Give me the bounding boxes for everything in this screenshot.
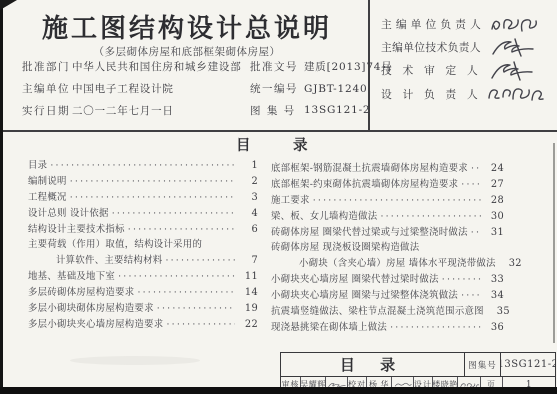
handwritten-signature-icon (485, 59, 541, 83)
scan-edge-bottom (0, 387, 557, 394)
toc-entry-title: 结构设计主要技术指标 (28, 221, 125, 235)
toc-dot-leader (313, 195, 481, 206)
toc-entry-page-number: 30 (484, 211, 504, 222)
scan-corner-top-left (0, 0, 17, 10)
meta-row: 批准部门 中华人民共和国住房和城乡建设部 批准文号 建质[2013]74号 (22, 56, 362, 78)
meta-label: 批准部门 (22, 59, 72, 74)
toc-entry-page-number: 4 (238, 208, 258, 219)
toc-entry-page-number: 34 (484, 290, 504, 301)
toc-entry-page-number: 27 (484, 179, 504, 190)
meta-value-2: 13SG121-2 (304, 104, 370, 116)
toc-entry-page-number: 3 (238, 192, 258, 203)
toc-entry: 多层小砌块砌体房屋构造要求 19 (28, 300, 258, 316)
toc-entry-page-number: 28 (484, 195, 504, 206)
toc-entry-title: 工程概况 (28, 189, 67, 203)
toc-entry-page-number: 14 (238, 287, 258, 298)
atlas-number-label: 图集号 (465, 353, 501, 376)
toc-entry-page-number: 2 (238, 176, 258, 187)
toc-entry: 目录 1 (28, 157, 258, 173)
signatory-label: 技 术 审 定 人 (381, 63, 478, 78)
toc-dot-leader (165, 255, 235, 266)
toc-entry-title: 梁、板、女儿墙构造做法 (271, 208, 377, 222)
atlas-number-value: 13SG121-2 (501, 353, 555, 376)
toc-entry-title: 多层小砌块砌体房屋构造要求 (28, 300, 154, 314)
toc-dot-leader (118, 271, 235, 282)
toc-entry-title: 现浇悬挑梁在砌体墙上做法 (271, 319, 387, 333)
toc-entry: 梁、板、女儿墙构造做法 30 (271, 208, 504, 224)
meta-label-2: 图 集 号 (250, 103, 304, 118)
toc-entry: 多层小砌块夹心墙房屋构造要求 22 (28, 316, 258, 332)
handwritten-signature-icon (485, 13, 541, 37)
meta-value-2: GJBT-1240 (304, 83, 367, 95)
header-vertical-divider (368, 0, 370, 131)
signatory-label: 主 编 单 位 负 责 人 (381, 17, 478, 32)
toc-entry-page-number: 33 (484, 274, 504, 285)
toc-entry: 主要荷载（作用）取值，结构设计采用的 (28, 236, 258, 252)
toc-entry: 抗震墙竖缝做法、梁柱节点混凝土浇筑范围示意图 35 (271, 303, 504, 319)
handwritten-signature-icon (485, 82, 547, 106)
header-horizontal-divider (0, 130, 557, 132)
signatory-row: 技 术 审 定 人 (381, 59, 553, 82)
toc-entry: 现浇悬挑梁在砌体墙上做法 36 (271, 319, 504, 335)
signatory-label: 主编单位技术负责人 (381, 40, 478, 55)
toc-dot-leader (461, 179, 481, 190)
toc-entry-page-number: 32 (502, 258, 522, 269)
signatory-box: 主 编 单 位 负 责 人 主编单位技术负责人 技 术 审 定 人 设 计 负 … (381, 13, 553, 106)
toc-dot-leader (50, 160, 235, 171)
toc-entry: 多层砖砌体房屋构造要求 14 (28, 284, 258, 300)
toc-dot-leader (461, 290, 481, 301)
meta-value: 中华人民共和国住房和城乡建设部 (72, 59, 250, 74)
toc-entry-page-number: 36 (484, 322, 504, 333)
toc-entry-page-number: 6 (238, 224, 258, 235)
meta-value: 中国电子工程设计院 (72, 81, 250, 96)
scan-edge-right (553, 143, 555, 343)
scan-edge-left (0, 0, 3, 394)
toc-entry-page-number: 22 (238, 319, 258, 330)
toc-column-right: 底部框架-钢筋混凝土抗震墙砌体房屋构造要求 24 底部框架-约束砌体抗震墙砌体房… (271, 160, 504, 335)
meta-value-2: 建质[2013]74号 (304, 59, 393, 74)
signatory-row: 设 计 负 责 人 (381, 83, 553, 106)
toc-entry-title: 设计总则 设计依据 (28, 205, 109, 219)
toc-entry: 施工要求 28 (271, 192, 504, 208)
toc-entry-title: 目录 (28, 157, 47, 171)
toc-entry: 砖砌体房屋 现浇板设圈梁构造做法 (271, 239, 504, 255)
toc-entry-title: 计算软件、主要结构材料 (56, 252, 162, 266)
toc-entry: 计算软件、主要结构材料 7 (28, 252, 258, 268)
meta-label: 实行日期 (22, 103, 72, 118)
meta-row: 实行日期 二〇一二年七月一日 图 集 号 13SG121-2 (22, 100, 362, 122)
toc-dot-leader (442, 274, 481, 285)
toc-entry-title: 小砌块夹心墙房屋 圈梁与过梁整体浇筑做法 (271, 287, 458, 301)
toc-column-left: 目录 1 编制说明 2 工程概况 3 设计总则 设计依据 4 结构设计主要技术指… (28, 157, 258, 332)
toc-entry: 地基、基础及地下室 11 (28, 268, 258, 284)
toc-entry-page-number: 1 (238, 160, 258, 171)
toc-entry-title: 多层砖砌体房屋构造要求 (28, 284, 134, 298)
toc-dot-leader (390, 322, 481, 333)
toc-entry-title: 多层小砌块夹心墙房屋构造要求 (28, 316, 163, 330)
toc-entry: 底部框架-约束砌体抗震墙砌体房屋构造要求 27 (271, 176, 504, 192)
toc-entry: 小砌块（含夹心墙）房屋 墙体水平现浇带做法 32 (271, 255, 504, 271)
toc-entry: 底部框架-钢筋混凝土抗震墙砌体房屋构造要求 24 (271, 160, 504, 176)
meta-label-2: 批准文号 (250, 59, 304, 74)
toc-entry-page-number: 35 (490, 306, 510, 317)
toc-entry: 砖砌体房屋 圈梁代替过梁或与过梁整浇时做法 31 (271, 224, 504, 240)
toc-entry-page-number: 31 (484, 227, 504, 238)
toc-dot-leader (70, 176, 235, 187)
toc-entry-title: 地基、基础及地下室 (28, 268, 115, 282)
atlas-cover-sheet: 施工图结构设计总说明 （多层砌体房屋和底部框架砌体房屋） 批准部门 中华人民共和… (0, 0, 557, 394)
toc-entry-page-number: 7 (238, 255, 258, 266)
toc-entry-title: 主要荷载（作用）取值，结构设计采用的 (28, 236, 202, 250)
toc-entry-title: 底部框架-约束砌体抗震墙砌体房屋构造要求 (271, 176, 458, 190)
meta-label: 主编单位 (22, 81, 72, 96)
toc-dot-leader (128, 224, 235, 235)
page-title: 施工图结构设计总说明 (20, 8, 354, 45)
toc-dot-leader (380, 211, 481, 222)
toc-entry-title: 砖砌体房屋 现浇板设圈梁构造做法 (271, 239, 419, 253)
toc-entry-title: 抗震墙竖缝做法、梁柱节点混凝土浇筑范围示意图 (271, 303, 484, 317)
title-block-row-1: 目 录 图集号 13SG121-2 (281, 353, 555, 377)
meta-row: 主编单位 中国电子工程设计院 统一编号 GJBT-1240 (22, 78, 362, 100)
toc-heading: 目 录 (236, 134, 322, 155)
toc-dot-leader (112, 208, 235, 219)
signatory-row: 主 编 单 位 负 责 人 (381, 13, 553, 36)
meta-label-2: 统一编号 (250, 81, 304, 96)
approval-meta: 批准部门 中华人民共和国住房和城乡建设部 批准文号 建质[2013]74号 主编… (22, 56, 362, 121)
toc-entry-title: 小砌块夹心墙房屋 圈梁代替过梁时做法 (271, 271, 439, 285)
toc-entry: 编制说明 2 (28, 173, 258, 189)
toc-entry-title: 底部框架-钢筋混凝土抗震墙砌体房屋构造要求 (271, 160, 468, 174)
toc-entry-page-number: 24 (484, 163, 504, 174)
toc-entry-title: 编制说明 (28, 173, 67, 187)
toc-entry: 工程概况 3 (28, 189, 258, 205)
toc-entry: 小砌块夹心墙房屋 圈梁与过梁整体浇筑做法 34 (271, 287, 504, 303)
toc-dot-leader (70, 192, 235, 203)
toc-dot-leader (471, 227, 481, 238)
sheet-title: 目 录 (281, 353, 465, 376)
toc-entry: 设计总则 设计依据 4 (28, 205, 258, 221)
toc-entry-page-number: 19 (238, 303, 258, 314)
meta-value: 二〇一二年七月一日 (72, 103, 250, 118)
toc-dot-leader (157, 303, 235, 314)
toc-dot-leader (166, 319, 235, 330)
toc-entry: 结构设计主要技术指标 6 (28, 221, 258, 237)
toc-dot-leader (137, 287, 235, 298)
toc-entry-page-number: 11 (238, 271, 258, 282)
toc-entry-title: 砖砌体房屋 圈梁代替过梁或与过梁整浇时做法 (271, 224, 468, 238)
signatory-row: 主编单位技术负责人 (381, 36, 553, 59)
toc-dot-leader (471, 163, 481, 174)
toc-entry-title: 施工要求 (271, 192, 310, 206)
scan-smudge (70, 356, 200, 365)
signatory-label: 设 计 负 责 人 (381, 87, 478, 102)
toc-entry-title: 小砌块（含夹心墙）房屋 墙体水平现浇带做法 (299, 255, 496, 269)
toc-entry: 小砌块夹心墙房屋 圈梁代替过梁时做法 33 (271, 271, 504, 287)
handwritten-signature-icon (485, 36, 541, 60)
